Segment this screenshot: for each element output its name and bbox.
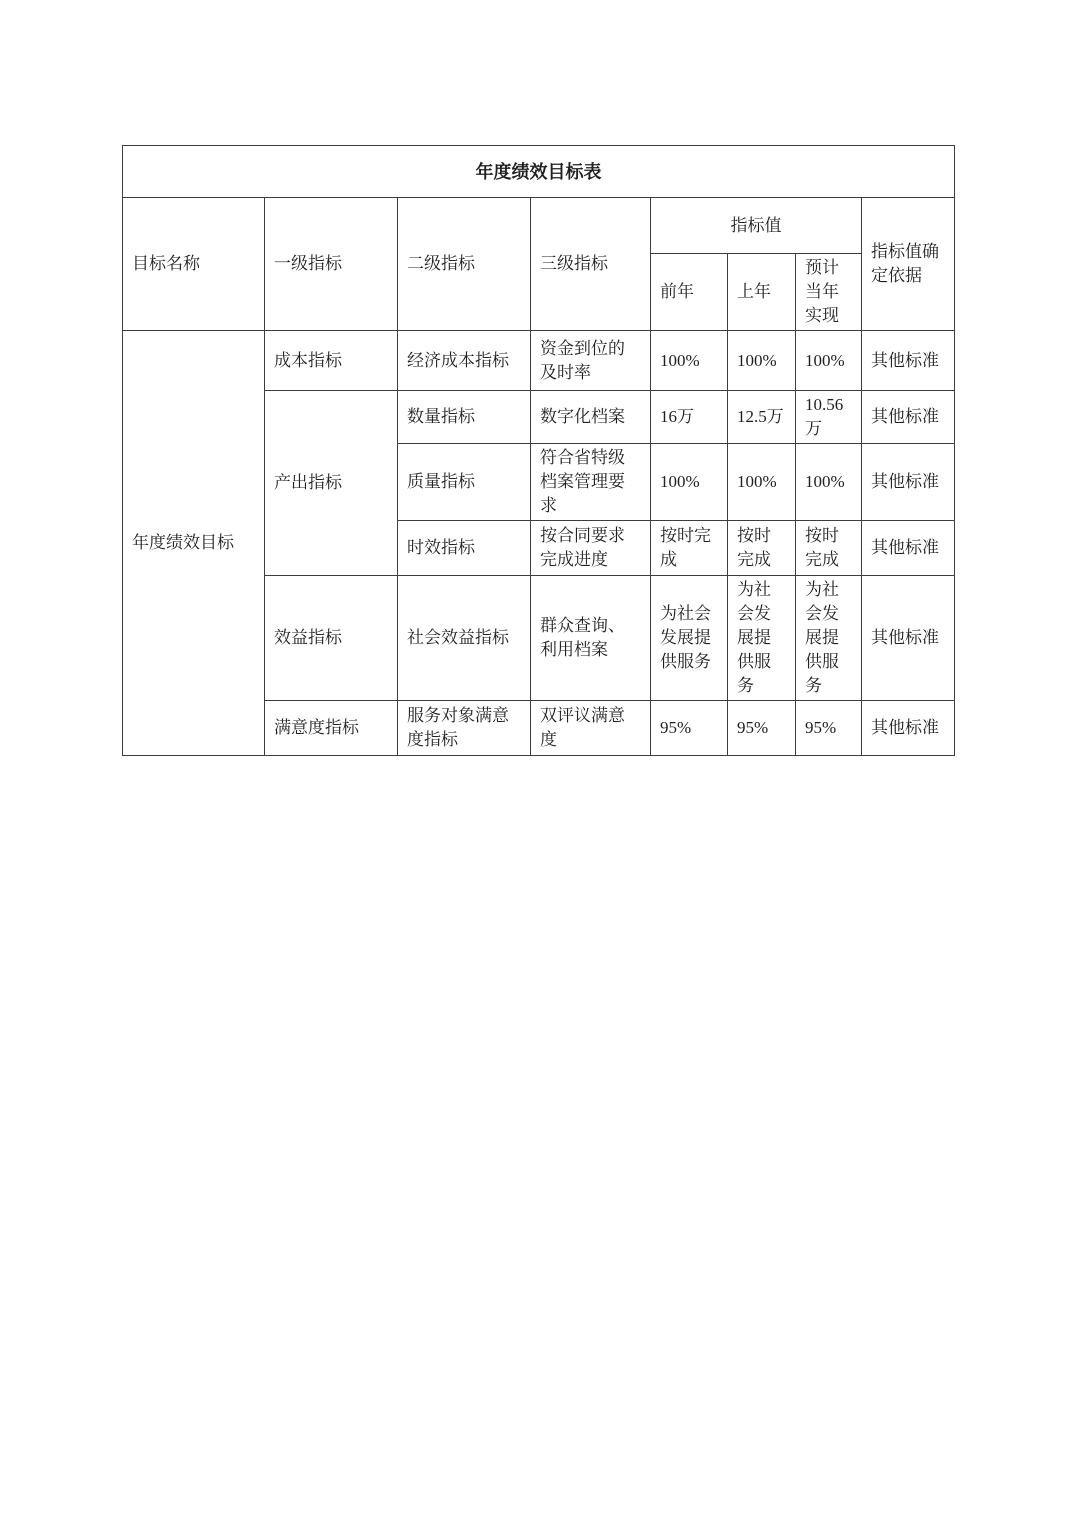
- header-indicator-value: 指标值: [651, 198, 862, 254]
- cell-basis: 其他标准: [862, 576, 955, 701]
- table-header-row-1: 目标名称 一级指标 二级指标 三级指标 指标值 指标值确定依据: [123, 198, 955, 254]
- cell-level1: 效益指标: [265, 576, 398, 701]
- cell-level3: 按合同要求完成进度: [531, 521, 651, 576]
- cell-current-year: 为社会发展提供服务: [796, 576, 862, 701]
- cell-last-year: 100%: [728, 331, 796, 391]
- cell-level2: 时效指标: [398, 521, 531, 576]
- cell-current-year: 10.56万: [796, 391, 862, 444]
- header-value-basis: 指标值确定依据: [862, 198, 955, 331]
- table-title-row: 年度绩效目标表: [123, 146, 955, 198]
- cell-last-year: 100%: [728, 444, 796, 521]
- cell-level2: 社会效益指标: [398, 576, 531, 701]
- header-last-year: 上年: [728, 254, 796, 331]
- cell-goal-name: 年度绩效目标: [123, 331, 265, 756]
- header-current-year-expected: 预计当年实现: [796, 254, 862, 331]
- cell-level2: 质量指标: [398, 444, 531, 521]
- header-level2: 二级指标: [398, 198, 531, 331]
- cell-level2: 经济成本指标: [398, 331, 531, 391]
- cell-year-before-last: 100%: [651, 331, 728, 391]
- cell-year-before-last: 为社会发展提供服务: [651, 576, 728, 701]
- cell-level2: 服务对象满意度指标: [398, 701, 531, 756]
- cell-level3: 双评议满意度: [531, 701, 651, 756]
- cell-level3: 群众查询、利用档案: [531, 576, 651, 701]
- performance-target-table: 年度绩效目标表 目标名称 一级指标 二级指标 三级指标 指标值 指标值确定依据 …: [122, 145, 955, 756]
- table-title: 年度绩效目标表: [123, 146, 955, 198]
- cell-year-before-last: 100%: [651, 444, 728, 521]
- document-page: 年度绩效目标表 目标名称 一级指标 二级指标 三级指标 指标值 指标值确定依据 …: [0, 0, 1075, 1520]
- table-row: 年度绩效目标 成本指标 经济成本指标 资金到位的及时率 100% 100% 10…: [123, 331, 955, 391]
- cell-level2: 数量指标: [398, 391, 531, 444]
- header-year-before-last: 前年: [651, 254, 728, 331]
- cell-year-before-last: 95%: [651, 701, 728, 756]
- cell-basis: 其他标准: [862, 444, 955, 521]
- cell-basis: 其他标准: [862, 701, 955, 756]
- cell-year-before-last: 16万: [651, 391, 728, 444]
- cell-current-year: 100%: [796, 444, 862, 521]
- cell-last-year: 按时完成: [728, 521, 796, 576]
- header-level1: 一级指标: [265, 198, 398, 331]
- cell-level1: 产出指标: [265, 391, 398, 576]
- cell-current-year: 按时完成: [796, 521, 862, 576]
- cell-level1: 成本指标: [265, 331, 398, 391]
- cell-basis: 其他标准: [862, 521, 955, 576]
- cell-basis: 其他标准: [862, 331, 955, 391]
- cell-last-year: 95%: [728, 701, 796, 756]
- cell-last-year: 为社会发展提供服务: [728, 576, 796, 701]
- header-level3: 三级指标: [531, 198, 651, 331]
- header-goal-name: 目标名称: [123, 198, 265, 331]
- cell-last-year: 12.5万: [728, 391, 796, 444]
- cell-level3: 资金到位的及时率: [531, 331, 651, 391]
- cell-level3: 数字化档案: [531, 391, 651, 444]
- cell-current-year: 100%: [796, 331, 862, 391]
- cell-current-year: 95%: [796, 701, 862, 756]
- cell-level3: 符合省特级档案管理要求: [531, 444, 651, 521]
- cell-level1: 满意度指标: [265, 701, 398, 756]
- cell-basis: 其他标准: [862, 391, 955, 444]
- cell-year-before-last: 按时完成: [651, 521, 728, 576]
